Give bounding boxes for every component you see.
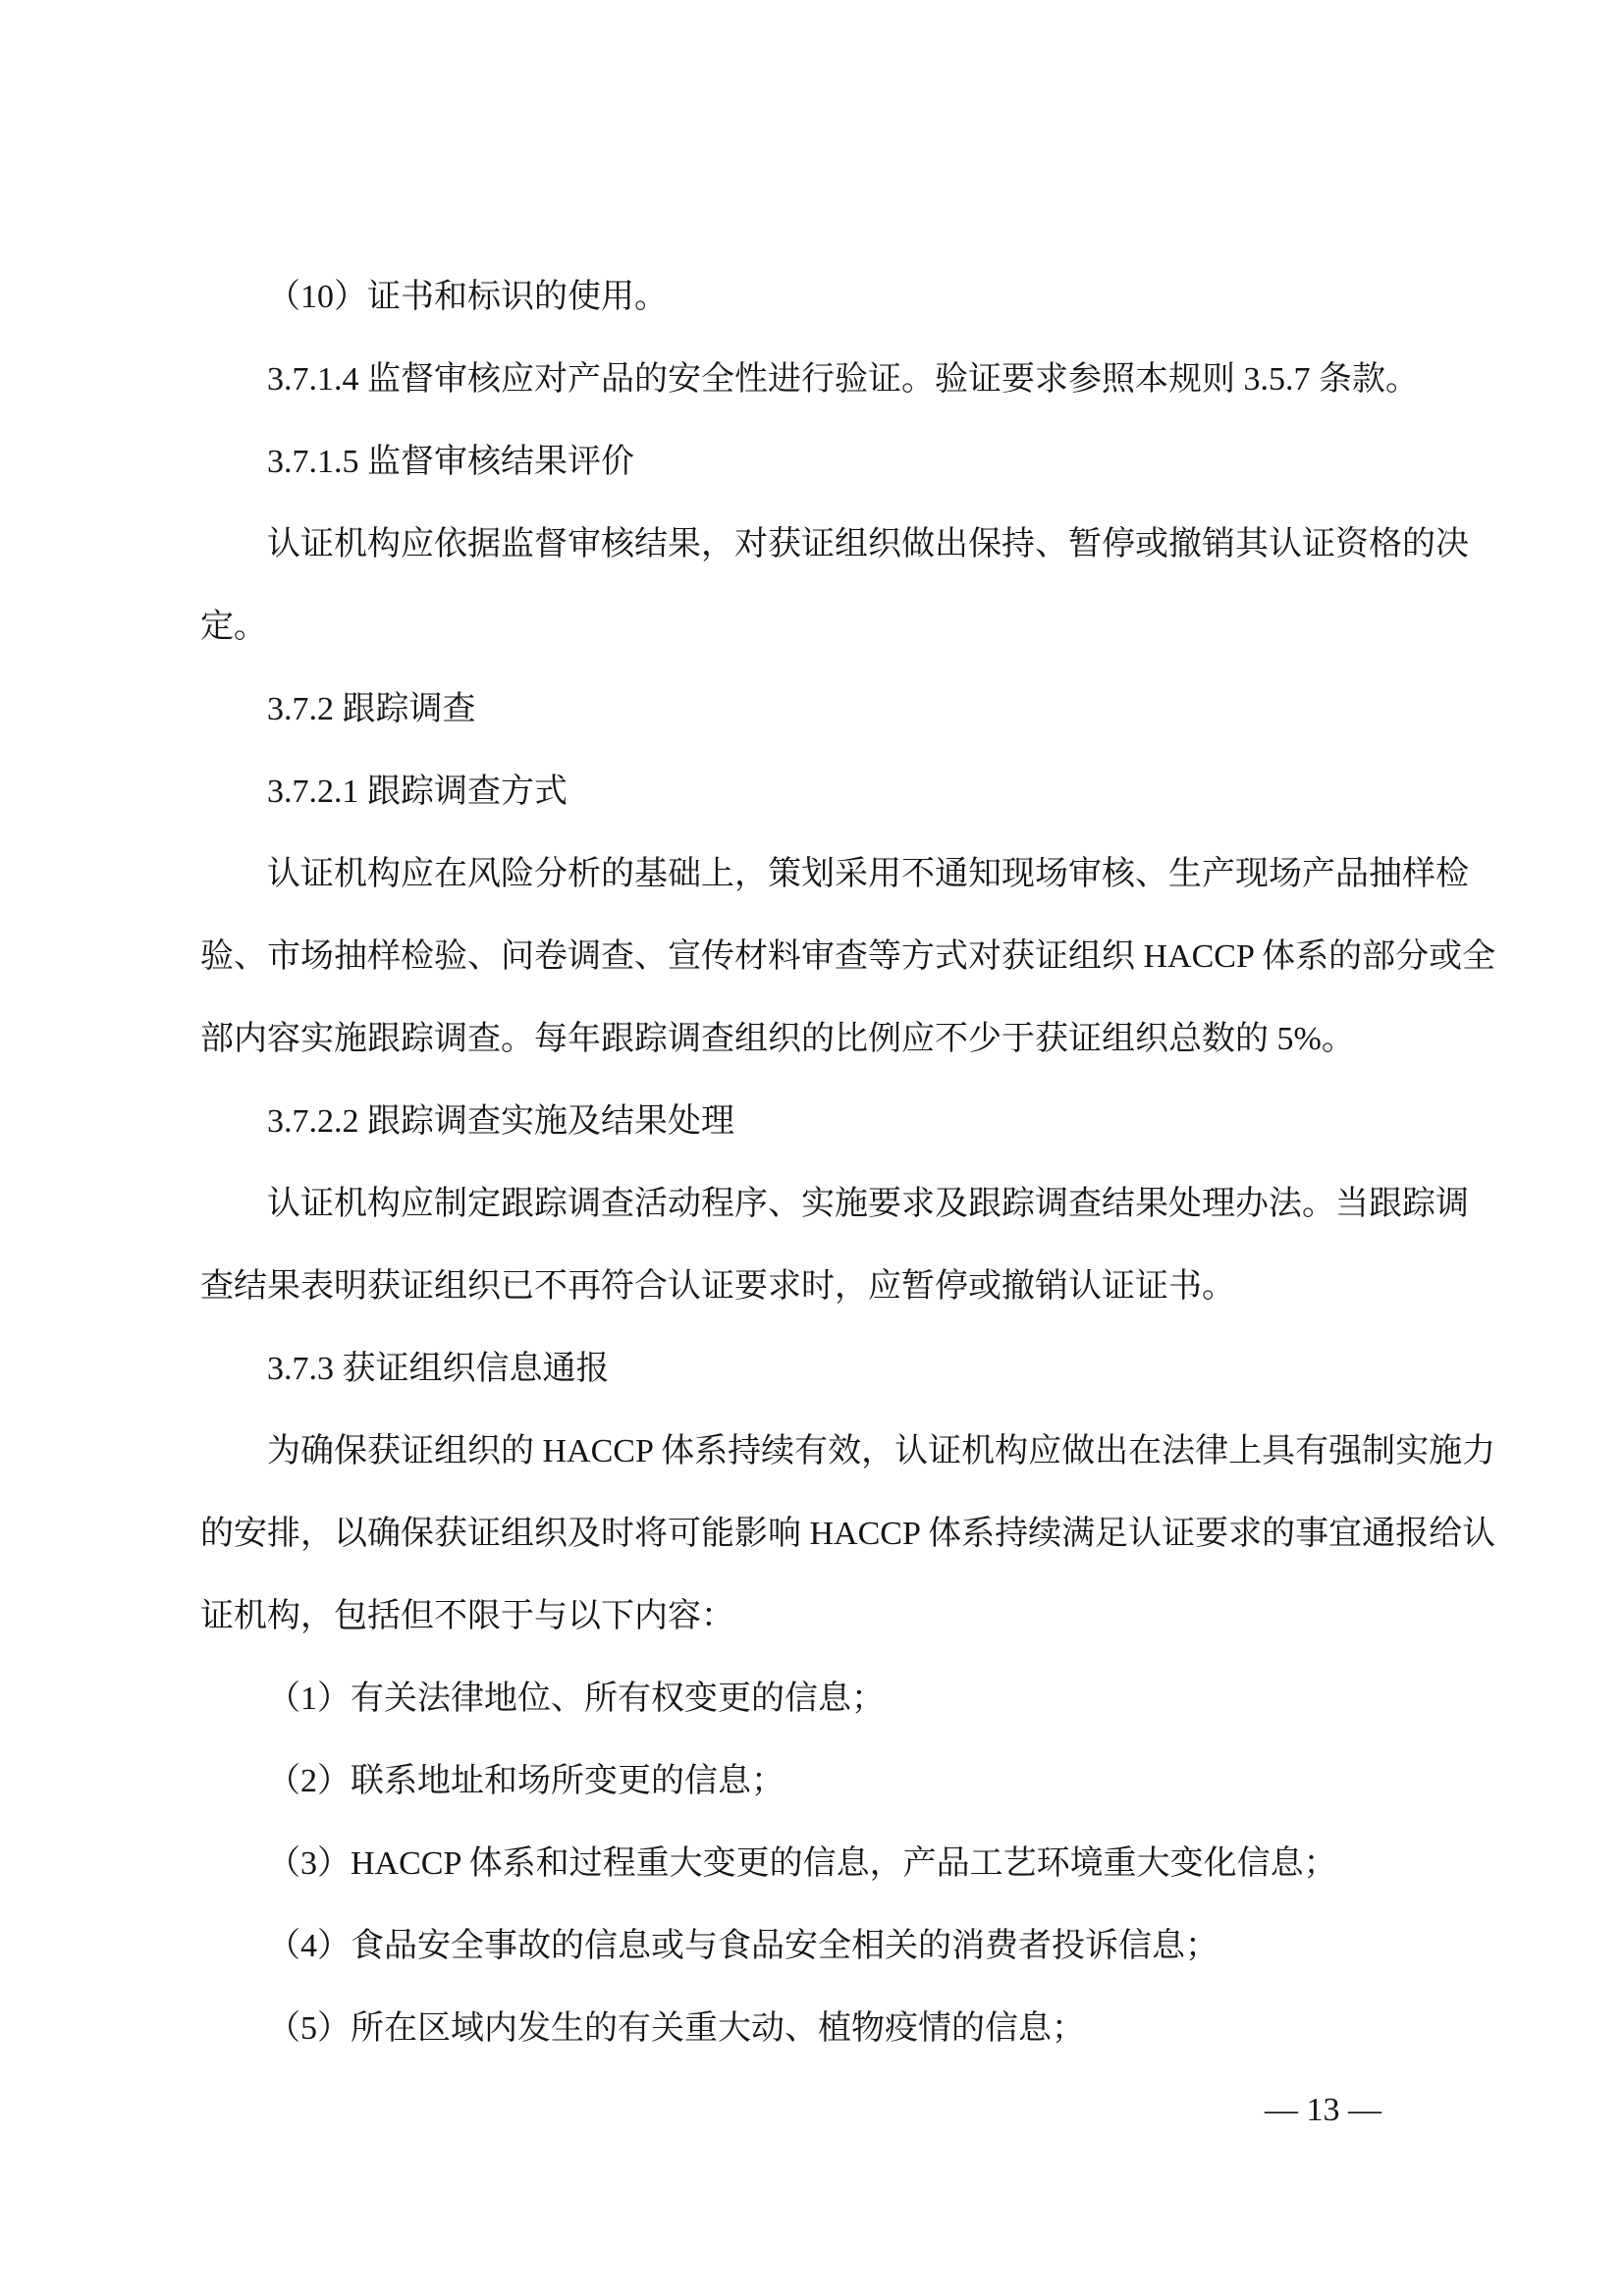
page-footer: — 13 — [1265, 2069, 1381, 2152]
doc-line: 认证机构应在风险分析的基础上，策划采用不通知现场审核、生产现场产品抽样检 [200, 833, 1447, 916]
document-body: （10）证书和标识的使用。3.7.1.4 监督审核应对产品的安全性进行验证。验证… [200, 256, 1447, 2070]
doc-line: （2）联系地址和场所变更的信息； [200, 1740, 1447, 1823]
doc-line: 认证机构应依据监督审核结果，对获证组织做出保持、暂停或撤销其认证资格的决 [200, 504, 1447, 586]
doc-line: 3.7.1.5 监督审核结果评价 [200, 421, 1447, 504]
page-number: — 13 — [1265, 2092, 1381, 2128]
doc-line: 认证机构应制定跟踪调查活动程序、实施要求及跟踪调查结果处理办法。当跟踪调 [200, 1163, 1447, 1246]
doc-line: 部内容实施跟踪调查。每年跟踪调查组织的比例应不少于获证组织总数的 5%。 [200, 998, 1447, 1081]
doc-line: 3.7.2 跟踪调查 [200, 668, 1447, 751]
doc-line: 为确保获证组织的 HACCP 体系持续有效，认证机构应做出在法律上具有强制实施力 [200, 1411, 1447, 1493]
doc-line: （4）食品安全事故的信息或与食品安全相关的消费者投诉信息； [200, 1905, 1447, 1988]
doc-line: （10）证书和标识的使用。 [200, 256, 1447, 339]
doc-line: （3）HACCP 体系和过程重大变更的信息，产品工艺环境重大变化信息； [200, 1823, 1447, 1905]
doc-line: 的安排，以确保获证组织及时将可能影响 HACCP 体系持续满足认证要求的事宜通报… [200, 1493, 1447, 1575]
doc-line: 3.7.1.4 监督审核应对产品的安全性进行验证。验证要求参照本规则 3.5.7… [200, 339, 1447, 421]
doc-line: 证机构，包括但不限于与以下内容： [200, 1575, 1447, 1658]
doc-line: （1）有关法律地位、所有权变更的信息； [200, 1658, 1447, 1740]
doc-line: 3.7.2.2 跟踪调查实施及结果处理 [200, 1081, 1447, 1163]
doc-line: 查结果表明获证组织已不再符合认证要求时，应暂停或撤销认证证书。 [200, 1246, 1447, 1328]
doc-line: （5）所在区域内发生的有关重大动、植物疫情的信息； [200, 1988, 1447, 2070]
doc-line: 定。 [200, 586, 1447, 668]
doc-line: 3.7.2.1 跟踪调查方式 [200, 751, 1447, 833]
document-page: （10）证书和标识的使用。3.7.1.4 监督审核应对产品的安全性进行验证。验证… [0, 0, 1624, 2296]
doc-line: 验、市场抽样检验、问卷调查、宣传材料审查等方式对获证组织 HACCP 体系的部分… [200, 916, 1447, 998]
doc-line: 3.7.3 获证组织信息通报 [200, 1328, 1447, 1411]
